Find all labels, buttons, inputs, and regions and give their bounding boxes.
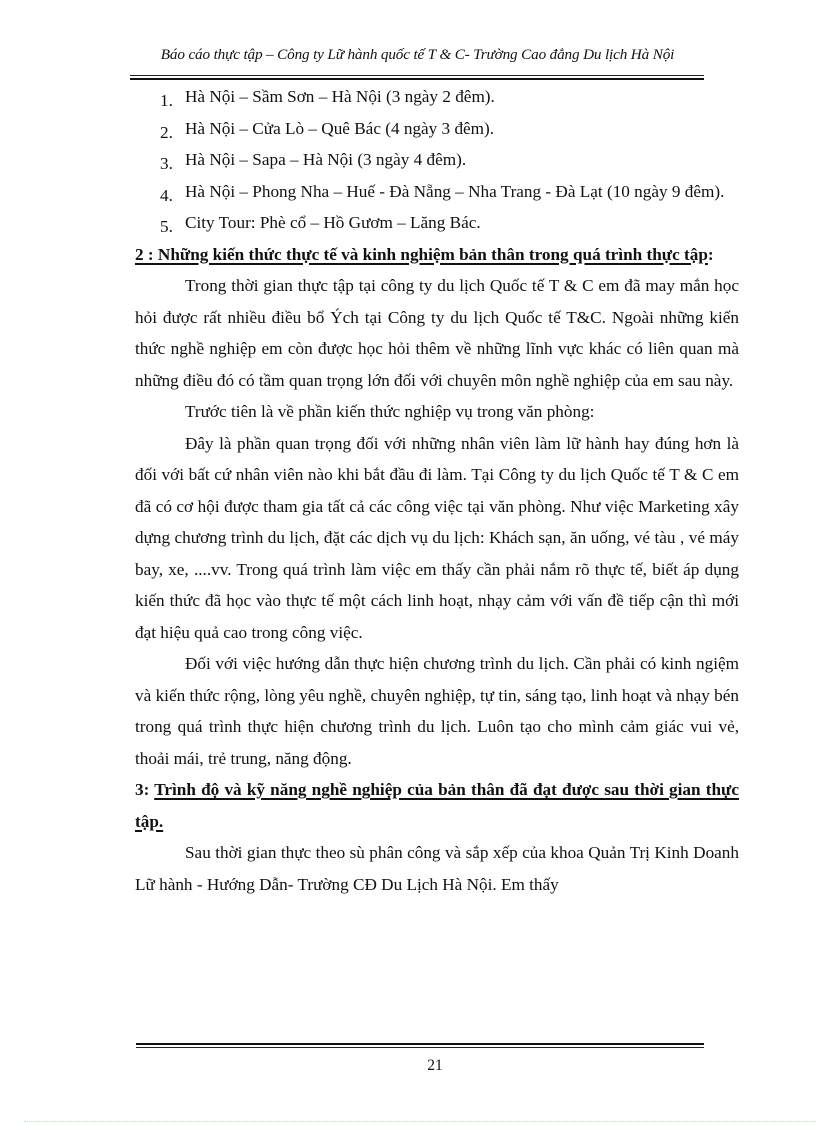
running-header: Báo cáo thực tập – Công ty Lữ hành quốc … xyxy=(130,46,705,64)
page-boundary-dotted-line xyxy=(24,1121,816,1122)
list-text: City Tour: Phè cổ – Hồ Gươm – Lăng Bác. xyxy=(185,207,739,239)
paragraph: Trong thời gian thực tập tại công ty du … xyxy=(135,270,739,396)
list-number: 5. xyxy=(160,211,173,243)
paragraph: Sau thời gian thực theo sù phân công và … xyxy=(135,837,739,900)
list-item: 3. Hà Nội – Sapa – Hà Nội (3 ngày 4 đêm)… xyxy=(135,144,739,176)
footer-double-rule xyxy=(136,1043,704,1048)
paragraph: Trước tiên là về phần kiến thức nghiệp v… xyxy=(135,396,739,428)
list-item: 5. City Tour: Phè cổ – Hồ Gươm – Lăng Bá… xyxy=(135,207,739,239)
section-2-heading-colon: : xyxy=(708,245,714,264)
list-item: 2. Hà Nội – Cửa Lò – Quê Bác (4 ngày 3 đ… xyxy=(135,113,739,145)
section-3-heading-number: 3: xyxy=(135,780,154,799)
paragraph: Đối với việc hướng dẫn thực hiện chương … xyxy=(135,648,739,774)
list-text: Hà Nội – Sapa – Hà Nội (3 ngày 4 đêm). xyxy=(185,144,739,176)
section-3-heading-text: Trình độ và kỹ năng nghề nghiệp của bản … xyxy=(135,780,739,831)
page-body: 1. Hà Nội – Sầm Sơn – Hà Nội (3 ngày 2 đ… xyxy=(135,81,739,900)
page-number: 21 xyxy=(0,1057,816,1075)
list-item: 4. Hà Nội – Phong Nha – Huế - Đà Nẵng – … xyxy=(135,176,739,208)
list-item: 1. Hà Nội – Sầm Sơn – Hà Nội (3 ngày 2 đ… xyxy=(135,81,739,113)
section-3-heading: 3: Trình độ và kỹ năng nghề nghiệp của b… xyxy=(135,774,739,837)
header-double-rule xyxy=(130,75,704,80)
paragraph: Đây là phần quan trọng đối với những nhâ… xyxy=(135,428,739,649)
list-text: Hà Nội – Sầm Sơn – Hà Nội (3 ngày 2 đêm)… xyxy=(185,81,739,113)
list-text: Hà Nội – Cửa Lò – Quê Bác (4 ngày 3 đêm)… xyxy=(185,113,739,145)
section-2-heading: 2 : Những kiến thức thực tế và kinh nghi… xyxy=(135,239,739,271)
tour-list: 1. Hà Nội – Sầm Sơn – Hà Nội (3 ngày 2 đ… xyxy=(135,81,739,239)
list-text: Hà Nội – Phong Nha – Huế - Đà Nẵng – Nha… xyxy=(185,176,739,208)
section-2-heading-text: 2 : Những kiến thức thực tế và kinh nghi… xyxy=(135,245,708,264)
